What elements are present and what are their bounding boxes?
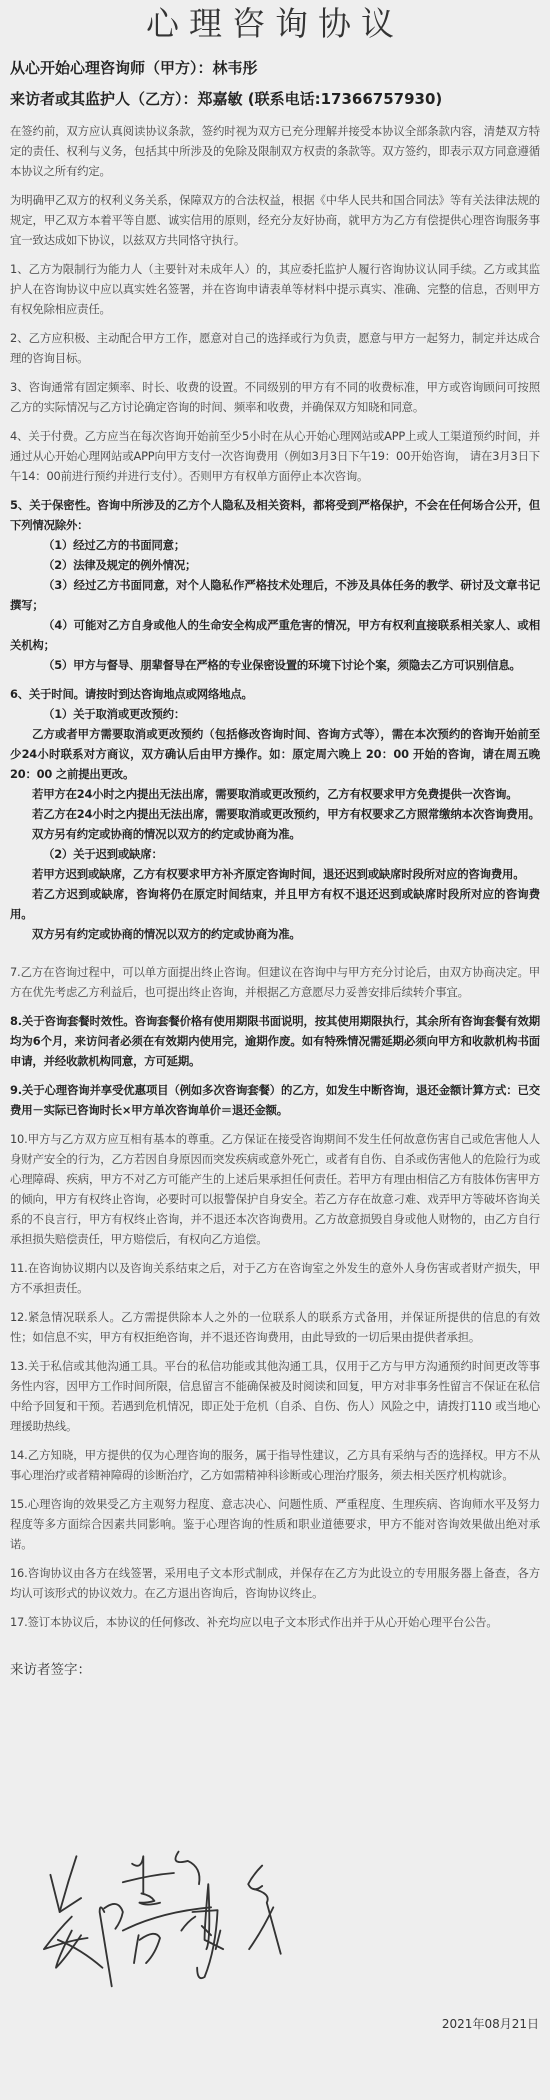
handwritten-signature (30, 1822, 290, 2002)
clause-1: 1、乙方为限制行为能力人（主要针对未成年人）的，其应委托监护人履行咨询协议认同手… (10, 259, 540, 319)
clause-10: 10.甲方与乙方双方应互相有基本的尊重。乙方保证在接受咨询期间不发生任何故意伤害… (10, 1129, 540, 1249)
clause-5-item: （1）经过乙方的书面同意； (10, 535, 540, 555)
clause-5-item: （3）经过乙方书面同意，对个人隐私作严格技术处理后，不涉及具体任务的教学、研讨及… (10, 575, 540, 615)
clause-8: 8.关于咨询套餐时效性。咨询套餐价格有使用期限书面说明，按其使用期限执行，其余所… (10, 1011, 540, 1071)
clause-14: 14.乙方知晓，甲方提供的仅为心理咨询的服务，属于指导性建议，乙方具有采纳与否的… (10, 1445, 540, 1485)
clause-16: 16.咨询协议由各方在线签署，采用电子文本形式制成，并保存在乙方为此设立的专用服… (10, 1563, 540, 1603)
document-title: 心理咨询协议 (10, 0, 540, 48)
clause-5-item: （4）可能对乙方自身或他人的生命安全构成严重危害的情况，甲方有权利直接联系相关家… (10, 615, 540, 655)
clause-6-sub1-line: 若甲方在24小时之内提出无法出席，需要取消或更改预约，乙方有权要求甲方免费提供一… (10, 784, 540, 804)
clause-15: 15.心理咨询的效果受乙方主观努力程度、意志决心、问题性质、严重程度、生理疾病、… (10, 1494, 540, 1554)
clause-6-sub1-line: 若乙方在24小时之内提出无法出席，需要取消或更改预约，甲方有权要求乙方照常缴纳本… (10, 804, 540, 824)
clause-7: 7.乙方在咨询过程中，可以单方面提出终止咨询。但建议在咨询中与甲方充分讨论后，由… (10, 962, 540, 1002)
clause-4: 4、关于付费。乙方应当在每次咨询开始前至少5小时在从心开始心理网站或APP上或人… (10, 426, 540, 486)
clause-6-sub2-line: 若甲方迟到或缺席，乙方有权要求甲方补齐原定咨询时间，退还迟到或缺席时段所对应的咨… (10, 864, 540, 884)
clause-5-item: （2）法律及规定的例外情况； (10, 555, 540, 575)
clause-2: 2、乙方应积极、主动配合甲方工作，愿意对自己的选择或行为负责，愿意与甲方一起努力… (10, 328, 540, 368)
clause-6-sub1-title: （1）关于取消或更改预约： (10, 704, 540, 724)
clause-6-intro: 6、关于时间。请按时到达咨询地点或网络地点。 (10, 684, 540, 704)
clause-13: 13.关于私信或其他沟通工具。平台的私信功能或其他沟通工具，仅用于乙方与甲方沟通… (10, 1356, 540, 1436)
party-b-line: 来访者或其监护人（乙方）：郑嘉敏 (联系电话:17366757930) (10, 89, 540, 109)
clause-17: 17.签订本协议后，本协议的任何修改、补充均应以电子文本形式作出并于从心开始心理… (10, 1612, 540, 1632)
party-a-line: 从心开始心理咨询师（甲方）：林韦彤 (10, 58, 540, 78)
agreement-document: 心理咨询协议 从心开始心理咨询师（甲方）：林韦彤 来访者或其监护人（乙方）：郑嘉… (0, 0, 550, 1678)
clause-12: 12.紧急情况联系人。乙方需提供除本人之外的一位联系人的联系方式备用，并保证所提… (10, 1307, 540, 1347)
clause-6-sub2-line: 若乙方迟到或缺席，咨询将仍在原定时间结束，并且甲方有权不退还迟到或缺席时段所对应… (10, 884, 540, 924)
preamble-paragraph: 为明确甲乙双方的权利义务关系，保障双方的合法权益，根据《中华人民共和国合同法》等… (10, 190, 540, 250)
clause-5-item: （5）甲方与督导、朋辈督导在严格的专业保密设置的环境下讨论个案，须隐去乙方可识别… (10, 655, 540, 675)
signature-label: 来访者签字： (10, 1658, 540, 1678)
clause-6-sub1-line: 双方另有约定或协商的情况以双方的约定或协商为准。 (10, 824, 540, 844)
clause-11: 11.在咨询协议期内以及咨询关系结束之后，对于乙方在咨询室之外发生的意外人身伤害… (10, 1258, 540, 1298)
clause-5-intro: 5、关于保密性。咨询中所涉及的乙方个人隐私及相关资料，都将受到严格保护，不会在任… (10, 495, 540, 535)
clause-9: 9.关于心理咨询并享受优惠项目（例如多次咨询套餐）的乙方，如发生中断咨询，退还金… (10, 1080, 540, 1120)
signing-date: 2021年08月21日 (442, 2015, 539, 2032)
preamble-paragraph: 在签约前，双方应认真阅读协议条款，签约时视为双方已充分理解并接受本协议全部条款内… (10, 121, 540, 181)
clause-6-sub2-line: 双方另有约定或协商的情况以双方的约定或协商为准。 (10, 924, 540, 944)
clause-3: 3、咨询通常有固定频率、时长、收费的设置。不同级别的甲方有不同的收费标准，甲方或… (10, 377, 540, 417)
clause-6-sub2-title: （2）关于迟到或缺席： (10, 844, 540, 864)
clause-6-sub1-line: 乙方或者甲方需要取消或更改预约（包括修改咨询时间、咨询方式等），需在本次预约的咨… (10, 724, 540, 784)
